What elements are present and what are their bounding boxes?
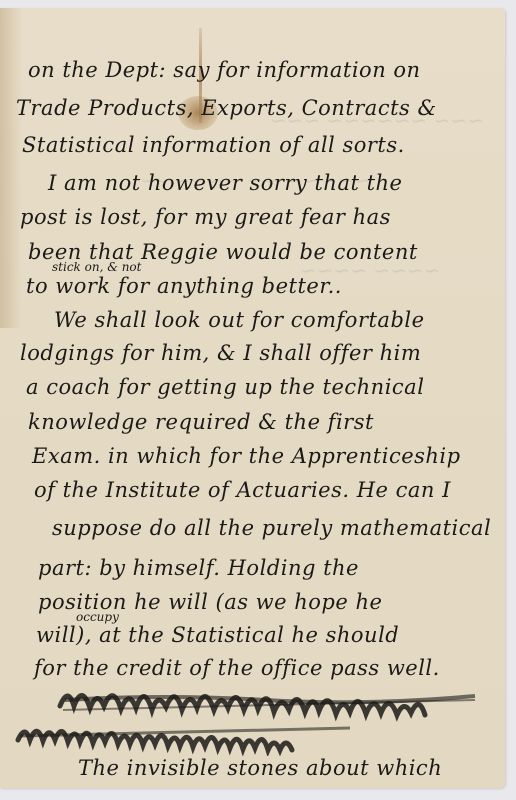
text-line-10: a coach for getting up the technical	[26, 375, 424, 399]
text-line-8: We shall look out for comfortable	[54, 308, 425, 332]
text-line-18: for the credit of the office pass well.	[34, 656, 440, 680]
text-line-3: Statistical information of all sorts.	[22, 133, 405, 157]
text-line-7: to work for anything better..	[26, 274, 342, 298]
text-line-4: I am not however sorry that the	[48, 171, 402, 195]
struck-out-line-2	[14, 716, 354, 756]
foxing-stain	[0, 8, 22, 328]
letter-page: ~~~ ~~~~~~ ~~~ ~~~~~ ~~ ~~~~~~ ~~~~ ~~~~…	[0, 8, 505, 788]
text-line-14: suppose do all the purely mathematical	[52, 516, 491, 540]
text-line-11: knowledge required & the first	[28, 410, 374, 434]
text-line-13: of the Institute of Actuaries. He can I	[34, 478, 451, 502]
text-line-12: Exam. in which for the Apprenticeship	[32, 444, 461, 468]
text-line-9: lodgings for him, & I shall offer him	[20, 341, 421, 365]
text-line-2: Trade Products, Exports, Contracts &	[16, 96, 437, 120]
text-line-1: on the Dept: say for information on	[28, 58, 421, 82]
interlinear-note-2: occupy	[76, 610, 119, 624]
text-line-15: part: by himself. Holding the	[38, 556, 359, 580]
text-line-5: post is lost, for my great fear has	[20, 205, 391, 229]
text-line-17: will), at the Statistical he should	[36, 623, 399, 647]
interlinear-note-1: stick on, & not	[52, 260, 141, 274]
text-line-19: The invisible stones about which	[78, 756, 442, 780]
